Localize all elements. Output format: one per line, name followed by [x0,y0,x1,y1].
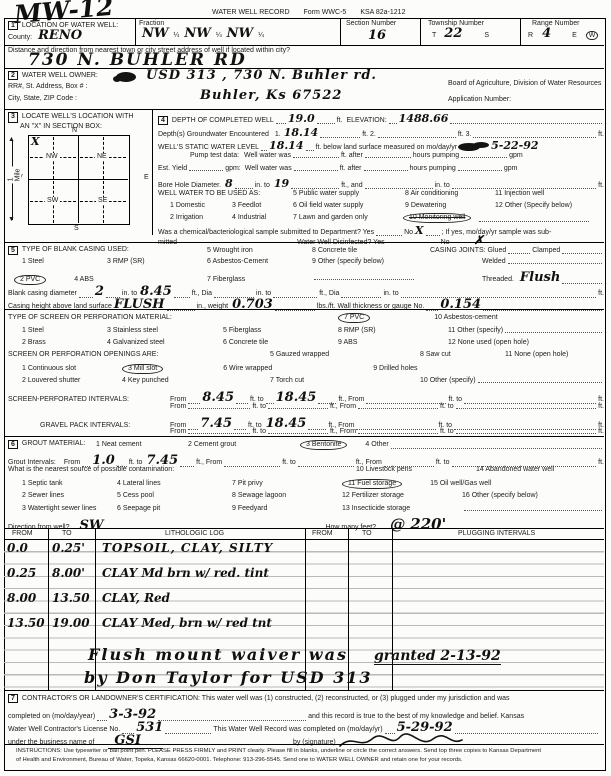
log-header-plugging: PLUGGING INTERVALS [458,530,535,537]
form-ksa: KSA 82a-1212 [360,9,405,16]
openings-row1: SCREEN OR PERFORATION OPENINGS ARE: 5 Ga… [8,351,604,358]
fuel-storage-circled: 11 Fuel storage [342,479,402,489]
compass-e: E [144,174,149,181]
log-row-from: 8.00 [7,591,36,605]
gpi-row2: From ft. to ft., From ft. to ft. [170,428,604,435]
quadrant-nw: NW [44,153,60,160]
s1-fraction-values: NW¼ NW¼ NW¼ [142,26,264,41]
s4-static-level-line: WELL'S STATIC WATER LEVEL 18.14 ft. belo… [158,139,604,152]
form-number: Form WWC-5 [304,9,347,16]
s4-groundwater-line: Depth(s) Groundwater Encountered 1. 18.1… [158,126,604,139]
threaded-value: Flush [520,270,560,285]
monitoring-well-circled: 10 Monitoring well [403,213,471,223]
bore-depth-value: 19 [274,177,289,190]
compass-s: S [74,225,79,232]
log-header-log: LITHOLOGIC LOG [165,530,224,537]
log-header-to2: TO [362,530,372,537]
log-row-desc: CLAY Med, brn w/ red tnt [102,616,272,630]
s3-title: 3LOCATE WELL'S LOCATION WITH AN "X" IN S… [8,112,150,132]
disinfected-no-x: ✗ [474,233,484,247]
waiver-note-line2: by Don Taylor for USD 313 [84,668,373,687]
s4-used-as-row3: 2 Irrigation4 Industrial 7 Lawn and gard… [158,213,591,223]
screen-material-row: TYPE OF SCREEN OR PERFORATION MATERIAL: … [8,313,604,323]
depth-value: 19.0 [288,112,315,125]
log-row-desc: CLAY Md brn w/ red. tint [102,566,269,580]
bore-diameter-value: 8 [225,177,233,190]
s4-used-as-row2: 1 Domestic3 Feedlot 6 Oil field water su… [158,202,572,209]
spi-row2: From ft. to ft., From ft. to ft. [170,403,604,410]
log-header-from2: FROM [312,530,333,537]
one-mile-scale: ▲ ▼ 1 Mile [8,140,17,220]
direction-value: SW [79,518,103,533]
waiver-note-line1: Flush mount waiver was granted 2-13-92 [88,645,501,665]
board-label: Board of Agriculture, Division of Water … [448,80,601,87]
screen-material-row2: 1 Steel 3 Stainless steel 5 Fiberglass 8… [8,327,604,334]
owner-stamp-blob [112,70,138,84]
groundwater-value: 18.14 [284,126,318,139]
log-row-to: 13.50 [52,591,90,605]
s5-row2: 1 Steel3 RMP (SR) 6 Asbestos-Cement 9 Ot… [8,258,604,265]
range-w-circled: W [586,31,599,40]
openings-row2: 1 Continuous slot 3 Mill slot 6 Wire wra… [8,364,604,374]
s7-line1: 7 CONTRACTOR'S OR LANDOWNER'S CERTIFICAT… [8,694,510,703]
s4-used-as-row1: WELL WATER TO BE USED AS: 5 Public water… [158,190,544,197]
openings-row3: 2 Louvered shutter 4 Key punched 7 Torch… [8,377,604,384]
bentonite-circled: 3 Bentonite [300,440,347,450]
section-box [28,135,130,225]
instructions-line2: of Health and Environment, Bureau of Wat… [16,757,463,763]
s4-pump-test-line: Pump test data: Well water was ft. after… [190,152,604,159]
county-value: RENO [38,28,82,43]
s2-city-label: City, State, ZIP Code : [8,95,77,102]
s2-addr-label: RR#, St. Address, Box # : [8,83,87,90]
log-row-from: 0.0 [7,541,28,555]
s6-contam-row3: 3 Watertight sewer lines 6 Seepage pit 9… [8,505,604,512]
log-header-from: FROM [12,530,33,537]
log-header-to: TO [62,530,72,537]
s1-section-label: Section Number [346,20,396,27]
log-row-to: 19.00 [52,616,90,630]
instructions-line1: INSTRUCTIONS: Use typewriter or ball poi… [16,748,541,754]
log-row-desc: CLAY, Red [102,591,170,605]
s1-range-label: Range Number [532,20,579,27]
log-row-to: 8.00' [52,566,85,580]
static-level-date: 5-22-92 [491,139,538,152]
log-row-from: 13.50 [7,616,45,630]
s4-disinfected-line: mitted Water Well Disinfected? Yes No ✗ [158,233,604,247]
s2-owner-label: 2 WATER WELL OWNER: [8,71,98,80]
s6-contam-row2: 2 Sewer lines 5 Cess pool 8 Sewage lagoo… [8,492,604,499]
log-row-from: 0.25 [7,566,36,580]
distance-feet-value: @ 220' [390,515,446,533]
quadrant-sw: SW [45,197,60,204]
compass-n: N [72,127,77,134]
mill-slot-circled: 3 Mill slot [122,364,163,374]
form-title: WATER WELL RECORD [212,9,290,16]
s6-title-row: 6GROUT MATERIAL: 1 Neat cement 2 Cement … [8,440,604,450]
pvc-screen-circled: 7 PVC [338,313,370,323]
quadrant-se: SE [96,197,109,204]
s6-contam-row1: 1 Septic tank 4 Lateral lines 7 Pit priv… [8,479,604,489]
s1-range-value: R 4 E W [528,30,598,41]
address-value: 730 N. BUHLER RD [28,50,247,70]
s6-contam-row0: What is the nearest source of possible c… [8,466,604,473]
s1-county: County: RENO [8,34,82,43]
s4-yield-line: Est. Yield gpm: Well water was ft. after… [158,165,604,172]
s5-title-row: 5TYPE OF BLANK CASING USED: 5 Wrought ir… [8,246,604,255]
waiver-date: granted 2-13-92 [374,648,501,665]
city-value: Buhler, Ks 67522 [200,88,342,103]
well-x-mark: X [31,135,40,148]
screen-material-row3: 2 Brass 4 Galvanized steel 6 Concrete ti… [8,339,604,346]
application-number-label: Application Number: [448,96,511,103]
section-number-value: 16 [368,28,386,43]
form-title-row: WATER WELL RECORD Form WWC-5 KSA 82a-121… [212,9,405,16]
s5-row3: 2 PVC4 ABS 7 Fiberglass Threaded. Flush [8,270,604,285]
log-row-to: 0.25' [52,541,85,555]
quadrant-ne: NE [95,153,109,160]
owner-value: USD 313 , 730 N. Buhler rd. [146,68,377,83]
s4-bore-line: Bore Hole Diameter. 8 in. to 19 ft., and… [158,177,604,190]
elevation-value: 1488.66 [399,112,449,125]
business-name-value: GSI [108,733,163,749]
s1-township-value: T 22 S [432,30,489,41]
static-level-value: 18.14 [269,139,303,152]
water-well-record-form: WATER WELL RECORD Form WWC-5 KSA 82a-121… [0,0,611,776]
scribble-blob [457,140,491,152]
s4-depth-line: 4 DEPTH OF COMPLETED WELL 19.0 ft. ELEVA… [158,112,604,125]
log-row-desc: TOPSOIL, CLAY, SILTY [102,541,273,555]
